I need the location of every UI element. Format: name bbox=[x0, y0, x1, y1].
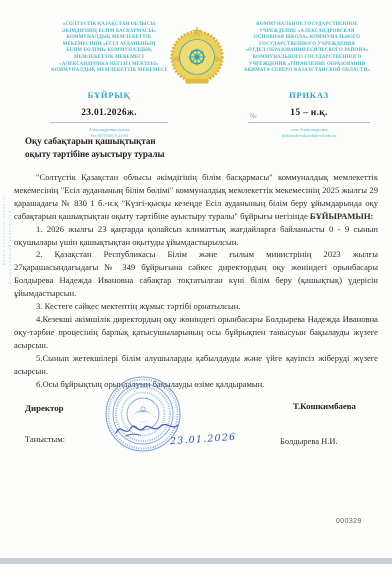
order-item: 1. 2026 жылғы 23 қаңтарда қолайсыз клима… bbox=[14, 223, 378, 249]
form-serial-number: 000329 bbox=[336, 518, 362, 525]
order-item: 4.Кезекші әкімшілік директордың оқу жөні… bbox=[14, 313, 378, 352]
order-header-kazakh: БҰЙРЫҚ 23.01.2026ж. Александровка ауылы … bbox=[50, 90, 168, 139]
kazakhstan-emblem-icon bbox=[166, 24, 228, 86]
org-name-kazakh-line: ӘКІМДІГІНІҢ БІЛІМ БАСҚАРМАСЫ» bbox=[40, 29, 178, 36]
order-item: 2. Қазақстан Республикасы Білім және ғыл… bbox=[14, 248, 378, 300]
order-date-row: 23.01.2026ж. bbox=[50, 102, 168, 123]
order-verb: БҰЙЫРАМЫН: bbox=[310, 211, 373, 221]
org-name-russian-line: «ОТДЕЛ ОБРАЗОВАНИЯ ЕСИЛЬСКОГО РАЙОНА» bbox=[226, 48, 388, 55]
order-title-russian: ПРИКАЗ bbox=[248, 90, 370, 100]
org-name-russian: КОММУНАЛЬНОЕ ГОСУДАРСТВЕННОЕ УЧРЕЖДЕНИЕ … bbox=[226, 22, 388, 75]
org-name-kazakh-line: «СОЛТҮСТІК ҚАЗАҚСТАН ОБЛЫСЫ bbox=[40, 22, 178, 29]
document-page: «СОЛТҮСТІК ҚАЗАҚСТАН ОБЛЫСЫ ӘКІМДІГІНІҢ … bbox=[0, 0, 392, 564]
order-subject: Оқу сабақтарын қашықтықтан оқыту тәртібі… bbox=[25, 135, 165, 160]
org-name-kazakh-line: «АЛЕКСАНДРОВКА НЕГІЗГІ МЕКТЕБІ» bbox=[40, 62, 178, 69]
org-name-kazakh-line: КОММУНАЛДЫҚ МЕМЛЕКЕТТІК МЕКЕМЕСІ bbox=[40, 68, 178, 75]
org-name-russian-line: УЧРЕЖДЕНИЕ «АЛЕКСАНДРОВСКАЯ bbox=[226, 29, 388, 36]
order-subject-line2: оқыту тәртібіне ауыстыру туралы bbox=[25, 148, 165, 161]
contact-email: aleksandrovskaosh@esil.edu.kz bbox=[248, 133, 370, 139]
org-name-russian-line: КОММУНАЛЬНОГО ГОСУДАРСТВЕННОГО bbox=[226, 55, 388, 62]
order-number-row: № 15 – н.қ. bbox=[248, 102, 370, 123]
order-item: 5.Сынып жетекшілері білім алушыларды қаб… bbox=[14, 352, 378, 378]
order-subject-line1: Оқу сабақтарын қашықтықтан bbox=[25, 135, 165, 148]
org-name-kazakh: «СОЛТҮСТІК ҚАЗАҚСТАН ОБЛЫСЫ ӘКІМДІГІНІҢ … bbox=[40, 22, 178, 75]
acquainted-name: Болдырева Н.И. bbox=[280, 436, 338, 446]
director-label: Директор bbox=[25, 403, 63, 413]
org-name-russian-line: АКИМАТА СЕВЕРО-КАЗАХСТАНСКОЙ ОБЛАСТИ» bbox=[226, 68, 388, 75]
preamble-paragraph: "Солтүстік Қазақстан облысы әкімдігінің … bbox=[14, 171, 378, 223]
order-date: 23.01.2026ж. bbox=[81, 108, 137, 118]
order-item: 6.Осы бұйрықтың орындалуын бақылауды өзі… bbox=[14, 378, 378, 391]
org-name-kazakh-line: КОММУНАЛДЫҚ МЕМЛЕКЕТТІК bbox=[40, 35, 178, 42]
org-name-kazakh-line: МЕКЕМЕСІНІҢ «ЕСІЛ АУДАНЫНЫҢ bbox=[40, 42, 178, 49]
order-body: "Солтүстік Қазақстан облысы әкімдігінің … bbox=[14, 171, 378, 390]
org-name-russian-line: КОММУНАЛЬНОЕ ГОСУДАРСТВЕННОЕ bbox=[226, 22, 388, 29]
number-sign: № bbox=[250, 112, 257, 120]
margin-security-text-ru: Бланк строгой отчетности bbox=[7, 210, 12, 284]
org-name-kazakh-line: МЕМЛЕКЕТТІК МЕКЕМЕСІ bbox=[40, 55, 178, 62]
order-title-kazakh: БҰЙРЫҚ bbox=[50, 90, 168, 100]
acquainted-label: Таныстым: bbox=[25, 434, 65, 444]
order-header-russian: ПРИКАЗ № 15 – н.қ. село Александровка al… bbox=[248, 90, 370, 139]
director-name: Т.Кошкимбаева bbox=[293, 401, 356, 411]
org-name-kazakh-line: БІЛІМ БӨЛІМІ» КОММУНАЛДЫҚ bbox=[40, 48, 178, 55]
org-name-russian-line: ОСНОВНАЯ ШКОЛА» КОММУНАЛЬНОГО bbox=[226, 35, 388, 42]
order-item: 3. Кестеге сәйкес мектептің жұмыс тәртіб… bbox=[14, 300, 378, 313]
scan-edge-strip bbox=[0, 558, 392, 564]
contact-russian: село Александровка aleksandrovskaosh@esi… bbox=[248, 127, 370, 139]
margin-security-text-kz: Қатаң есептілік бланкісі bbox=[1, 195, 6, 266]
order-number: 15 – н.қ. bbox=[290, 108, 327, 118]
